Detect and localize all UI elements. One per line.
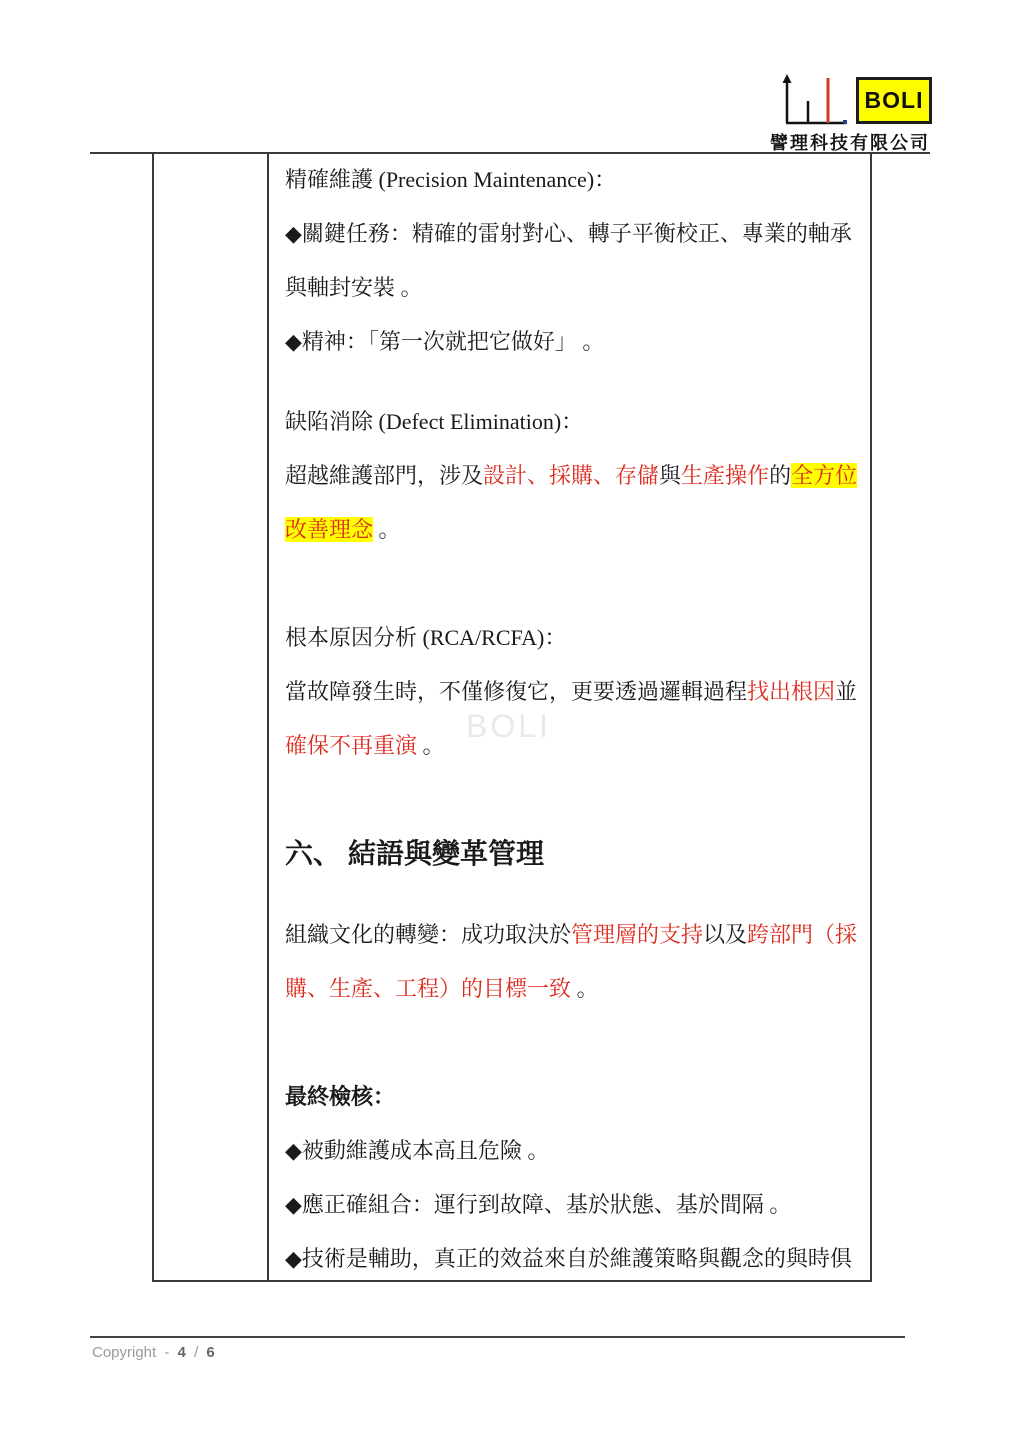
paragraph-gap	[285, 369, 862, 395]
text-segment: 生產操作	[681, 463, 769, 488]
text-segment: 超越維護部門，涉及	[285, 463, 483, 488]
page-separator: /	[194, 1344, 198, 1361]
text-segment: 以及	[703, 922, 747, 947]
text-segment: 缺陷消除 (Defect Elimination)：	[285, 409, 583, 434]
text-line: 購、生產、工程）的目標一致 。	[285, 962, 862, 1016]
text-segment: 。	[417, 733, 445, 758]
text-line: 精確維護 (Precision Maintenance)：	[285, 153, 862, 207]
company-logo: BOLI	[778, 74, 934, 126]
document-body: 精確維護 (Precision Maintenance)：◆關鍵任務：精確的雷射…	[285, 153, 862, 1286]
text-segment: ◆應正確組合：運行到故障、基於狀態、基於間隔 。	[285, 1192, 791, 1217]
text-line: ◆精神：「第一次就把它做好」 。	[285, 315, 862, 369]
text-segment: ◆技術是輔助，真正的效益來自於維護策略與觀念的與時俱	[285, 1246, 852, 1271]
text-segment: 與軸封安裝 。	[285, 275, 423, 300]
footer-copyright: Copyright - 4 / 6	[92, 1344, 219, 1361]
copyright-dash: -	[164, 1344, 169, 1361]
content-cell: 精確維護 (Precision Maintenance)：◆關鍵任務：精確的雷射…	[269, 153, 870, 1280]
text-line: 確保不再重演 。	[285, 719, 862, 773]
text-segment: 找出根因	[747, 679, 835, 704]
section-heading: 六、 結語與變革管理	[285, 826, 862, 884]
text-segment: 根本原因分析 (RCA/RCFA)：	[285, 625, 566, 650]
text-segment: 的	[769, 463, 791, 488]
text-segment: 改善理念	[285, 517, 373, 542]
text-line: ◆關鍵任務：精確的雷射對心、轉子平衡校正、專業的軸承	[285, 207, 862, 261]
page-number: 4	[178, 1344, 186, 1361]
text-line: ◆應正確組合：運行到故障、基於狀態、基於間隔 。	[285, 1178, 862, 1232]
boli-logo-box: BOLI	[856, 77, 932, 124]
text-line: 超越維護部門，涉及設計、採購、存儲與生產操作的全方位	[285, 449, 862, 503]
text-segment: 精確維護 (Precision Maintenance)：	[285, 167, 616, 192]
text-segment: ◆被動維護成本高且危險 。	[285, 1138, 549, 1163]
paragraph-gap	[285, 773, 862, 826]
text-segment: 全方位	[791, 463, 857, 488]
page-total: 6	[206, 1344, 214, 1361]
document-page: BOLI 譬理科技有限公司 精確維護 (Precision Maintenanc…	[0, 0, 1024, 1448]
text-segment: 確保不再重演	[285, 733, 417, 758]
text-line: 根本原因分析 (RCA/RCFA)：	[285, 611, 862, 665]
text-line: ◆技術是輔助，真正的效益來自於維護策略與觀念的與時俱	[285, 1232, 862, 1286]
text-segment: ◆精神：「第一次就把它做好」 。	[285, 329, 604, 354]
watermark-text: BOLI	[466, 708, 551, 745]
text-segment: 最終檢核：	[285, 1084, 395, 1109]
text-segment: 當故障發生時，不僅修復它，更要透過邏輯過程	[285, 679, 747, 704]
text-segment: 跨部門（採	[747, 922, 857, 947]
text-line: 改善理念 。	[285, 503, 862, 557]
text-segment: 。	[571, 976, 599, 1001]
text-segment: ◆關鍵任務：精確的雷射對心、轉子平衡校正、專業的軸承	[285, 221, 852, 246]
text-line: ◆被動維護成本高且危險 。	[285, 1124, 862, 1178]
text-line: 最終檢核：	[285, 1070, 862, 1124]
text-segment: 購、生產、工程）的目標一致	[285, 976, 571, 1001]
chart-axis-icon	[778, 74, 850, 126]
text-line: 當故障發生時，不僅修復它，更要透過邏輯過程找出根因並	[285, 665, 862, 719]
footer-rule	[90, 1336, 905, 1338]
text-segment: 六、 結語與變革管理	[285, 839, 544, 870]
text-line: 組織文化的轉變：成功取決於管理層的支持以及跨部門（採	[285, 908, 862, 962]
text-line: 缺陷消除 (Defect Elimination)：	[285, 395, 862, 449]
text-line: 與軸封安裝 。	[285, 261, 862, 315]
text-segment: 設計、採購、存儲	[483, 463, 659, 488]
text-segment: 管理層的支持	[571, 922, 703, 947]
text-segment: 組織文化的轉變：成功取決於	[285, 922, 571, 947]
paragraph-gap	[285, 1016, 862, 1070]
paragraph-gap	[285, 557, 862, 611]
copyright-label: Copyright	[92, 1344, 156, 1361]
boli-logo-text: BOLI	[865, 87, 924, 114]
paragraph-gap	[285, 884, 862, 908]
text-segment: 。	[373, 517, 401, 542]
text-segment: 並	[835, 679, 857, 704]
text-segment: 與	[659, 463, 681, 488]
